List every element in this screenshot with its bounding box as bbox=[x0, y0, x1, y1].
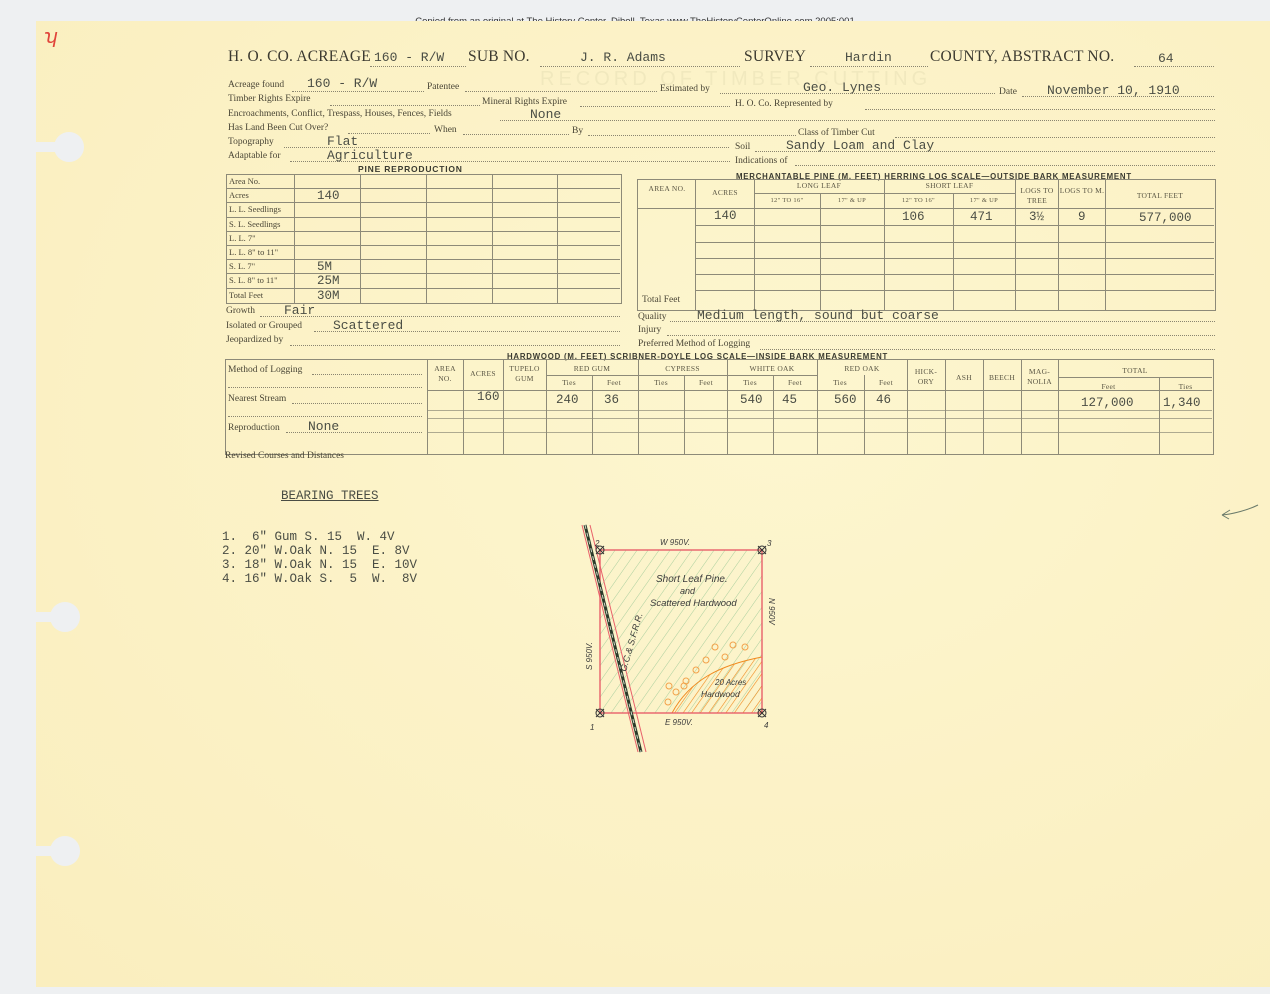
main-area-label-1: Short Leaf Pine. bbox=[656, 574, 728, 585]
survey-label: SURVEY bbox=[744, 48, 806, 66]
hw-white-oak-feet: 45 bbox=[782, 393, 797, 407]
hw-header-white-oak: WHITE OAK bbox=[727, 364, 817, 373]
bearing-tree-item: 4. 16" W.Oak S. 5 W. 8V bbox=[222, 572, 417, 586]
indications-label: Indications of bbox=[735, 156, 788, 166]
pr-row-label: S. L. Seedlings bbox=[229, 219, 280, 229]
bearing-tree-item: 3. 18" W.Oak N. 15 E. 10V bbox=[222, 558, 417, 572]
hw-subheader-ties: Ties bbox=[546, 378, 592, 387]
patentee-label: Patentee bbox=[427, 82, 459, 92]
quality-value: Medium length, sound but coarse bbox=[697, 308, 939, 323]
pr-row-label: L. L. 7" bbox=[229, 233, 256, 243]
corner-4-label: 4 bbox=[764, 721, 769, 730]
revised-courses-label: Revised Courses and Distances bbox=[225, 451, 344, 461]
topography-value: Flat bbox=[327, 134, 358, 149]
pencil-arrow-icon bbox=[1218, 500, 1268, 525]
hardwood-area-label-1: 20 Acres bbox=[714, 678, 746, 687]
hw-header-red-oak: RED OAK bbox=[817, 364, 907, 373]
mp-header-acres: ACRES bbox=[697, 188, 753, 197]
acreage-found-value: 160 - R/W bbox=[307, 76, 377, 91]
bearing-tree-item: 1. 6" Gum S. 15 W. 4V bbox=[222, 530, 417, 544]
hw-header-beech: BEECH bbox=[983, 373, 1021, 382]
pine-reproduction-title: PINE REPRODUCTION bbox=[358, 164, 463, 174]
injury-label: Injury bbox=[638, 325, 661, 335]
hw-header-cypress: CYPRESS bbox=[638, 364, 727, 373]
pr-row-value: 5M bbox=[317, 260, 332, 274]
mp-logs-to-tree: 3½ bbox=[1029, 210, 1044, 224]
pr-row-value: 30M bbox=[317, 289, 340, 303]
pr-row-label: S. L. 7" bbox=[229, 261, 255, 271]
adaptable-value: Agriculture bbox=[327, 148, 413, 163]
growth-label: Growth bbox=[226, 306, 255, 316]
hw-header-acres: ACRES bbox=[463, 369, 503, 378]
punch-hole bbox=[50, 836, 80, 866]
mp-total-feet-label: Total Feet bbox=[642, 295, 680, 305]
corner-3-label: 3 bbox=[767, 539, 772, 548]
hw-white-oak-ties: 540 bbox=[740, 393, 763, 407]
estimated-by-value: Geo. Lynes bbox=[803, 80, 881, 95]
cut-over-label: Has Land Been Cut Over? bbox=[228, 123, 328, 133]
reproduction-label: Reproduction bbox=[228, 423, 280, 433]
mp-header-logs-to-tree: LOGS TO TREE bbox=[1016, 186, 1058, 206]
hw-header-red-gum: RED GUM bbox=[546, 364, 638, 373]
mp-header-long-leaf: LONG LEAF bbox=[754, 181, 884, 190]
preferred-method-label: Preferred Method of Logging bbox=[638, 339, 750, 349]
punch-hole bbox=[50, 602, 80, 632]
bearing-trees-list: 1. 6" Gum S. 15 W. 4V2. 20" W.Oak N. 15 … bbox=[222, 516, 417, 600]
timber-rights-label: Timber Rights Expire bbox=[228, 94, 311, 104]
mp-header-logs-to-m: LOGS TO M. bbox=[1059, 186, 1105, 196]
mp-logs-to-m: 9 bbox=[1078, 210, 1086, 224]
mp-sl-17-up: 471 bbox=[970, 210, 993, 224]
hw-subheader-ties: Ties bbox=[727, 378, 773, 387]
hw-red-gum-feet: 36 bbox=[604, 393, 619, 407]
survey-value: Hardin bbox=[845, 50, 892, 65]
bearing-trees-title: BEARING TREES bbox=[281, 489, 379, 503]
hw-subheader-feet: Feet bbox=[684, 378, 728, 387]
hw-total-ties: 1,340 bbox=[1163, 396, 1201, 410]
mp-header-ll-17-up: 17" & UP bbox=[820, 197, 884, 204]
mp-header-total-feet: TOTAL FEET bbox=[1106, 191, 1214, 200]
date-label: Date bbox=[999, 87, 1017, 97]
mp-sl-12-16: 106 bbox=[902, 210, 925, 224]
pr-row-label: Area No. bbox=[229, 176, 260, 186]
encroachments-value: None bbox=[530, 107, 561, 122]
pr-row-label: L. L. Seedlings bbox=[229, 204, 281, 214]
hw-header-hickory: HICK-ORY bbox=[907, 367, 945, 387]
mineral-rights-label: Mineral Rights Expire bbox=[482, 97, 567, 107]
acreage-found-label: Acreage found bbox=[228, 80, 284, 90]
corner-2-label: 2 bbox=[594, 539, 600, 548]
pr-row-label: Total Feet bbox=[229, 290, 263, 300]
pr-row-label: S. L. 8" to 11" bbox=[229, 275, 278, 285]
adaptable-label: Adaptable for bbox=[228, 151, 281, 161]
method-of-logging-label: Method of Logging bbox=[228, 365, 302, 375]
growth-value: Fair bbox=[284, 303, 315, 318]
mp-header-sl-12-16: 12" TO 16" bbox=[884, 197, 953, 204]
quality-label: Quality bbox=[638, 312, 667, 322]
mp-header-ll-12-16: 12" TO 16" bbox=[754, 197, 820, 204]
date-value: November 10, 1910 bbox=[1047, 83, 1180, 98]
isolated-value: Scattered bbox=[333, 318, 403, 333]
class-timber-label: Class of Timber Cut bbox=[798, 128, 875, 138]
topography-label: Topography bbox=[228, 137, 274, 147]
estimated-by-label: Estimated by bbox=[660, 84, 710, 94]
pine-reproduction-table bbox=[226, 174, 622, 304]
isolated-label: Isolated or Grouped bbox=[226, 321, 302, 331]
mp-header-sl-17-up: 17" & UP bbox=[953, 197, 1015, 204]
hw-header-tupelo-gum: TUPELO GUM bbox=[503, 364, 546, 384]
hardwood-area-label-2: Hardwood bbox=[701, 689, 740, 699]
red-pencil-mark: ʮ bbox=[44, 26, 57, 49]
pr-row-label: L. L. 8" to 11" bbox=[229, 247, 278, 257]
bearing-tree-item: 2. 20" W.Oak N. 15 E. 8V bbox=[222, 544, 417, 558]
represented-by-label: H. O. Co. Represented by bbox=[735, 99, 833, 109]
sub-no-label: SUB NO. bbox=[468, 48, 530, 66]
corner-1-label: 1 bbox=[590, 723, 594, 732]
mp-header-area-no: AREA NO. bbox=[640, 184, 694, 193]
nearest-stream-label: Nearest Stream bbox=[228, 394, 286, 404]
east-side-label: N 950V bbox=[767, 598, 776, 625]
soil-value: Sandy Loam and Clay bbox=[786, 138, 934, 153]
hw-subheader-ties: Ties bbox=[638, 378, 684, 387]
punch-hole bbox=[54, 132, 84, 162]
hw-subheader-feet: Feet bbox=[773, 378, 817, 387]
jeopardized-label: Jeopardized by bbox=[226, 335, 283, 345]
hw-header-ash: ASH bbox=[945, 373, 983, 382]
hw-header-area-no: AREA NO. bbox=[427, 364, 463, 384]
hw-header-total: TOTAL bbox=[1058, 366, 1212, 375]
acreage-label: H. O. CO. ACREAGE bbox=[228, 48, 371, 66]
mp-header-short-leaf: SHORT LEAF bbox=[884, 181, 1015, 190]
hw-red-oak-ties: 560 bbox=[834, 393, 857, 407]
hw-header-magnolia: MAG-NOLIA bbox=[1021, 367, 1058, 387]
hw-subheader-feet: Feet bbox=[864, 378, 908, 387]
pr-row-label: Acres bbox=[229, 190, 249, 200]
when-label: When bbox=[434, 125, 457, 135]
hw-red-gum-ties: 240 bbox=[556, 393, 579, 407]
hw-red-oak-feet: 46 bbox=[876, 393, 891, 407]
hw-acres: 160 bbox=[477, 390, 500, 404]
survey-plat-map: 2 3 1 4 W 950V. E 950V. N 950V S 950V. G… bbox=[570, 520, 790, 770]
abstract-no-value: 64 bbox=[1158, 51, 1174, 66]
county-abstract-label: COUNTY, ABSTRACT NO. bbox=[930, 48, 1114, 66]
reproduction-value: None bbox=[308, 419, 339, 434]
sub-no-value: J. R. Adams bbox=[580, 50, 666, 65]
mp-total-feet: 577,000 bbox=[1139, 211, 1192, 225]
by-label: By bbox=[572, 126, 583, 136]
soil-label: Soil bbox=[735, 142, 750, 152]
mp-acres: 140 bbox=[714, 209, 737, 223]
hw-subheader-ties: Ties bbox=[817, 378, 863, 387]
south-side-label: E 950V. bbox=[665, 718, 693, 727]
acreage-value: 160 - R/W bbox=[374, 50, 444, 65]
north-side-label: W 950V. bbox=[660, 538, 690, 547]
encroachments-label: Encroachments, Conflict, Trespass, House… bbox=[228, 109, 452, 119]
main-area-label-2: and bbox=[680, 586, 696, 596]
pr-row-value: 25M bbox=[317, 274, 340, 288]
pr-row-value: 140 bbox=[317, 189, 340, 203]
west-side-label: S 950V. bbox=[585, 642, 594, 670]
main-area-label-3: Scattered Hardwood bbox=[650, 598, 737, 609]
hw-total-feet: 127,000 bbox=[1081, 396, 1134, 410]
hw-subheader-feet: Feet bbox=[592, 378, 636, 387]
